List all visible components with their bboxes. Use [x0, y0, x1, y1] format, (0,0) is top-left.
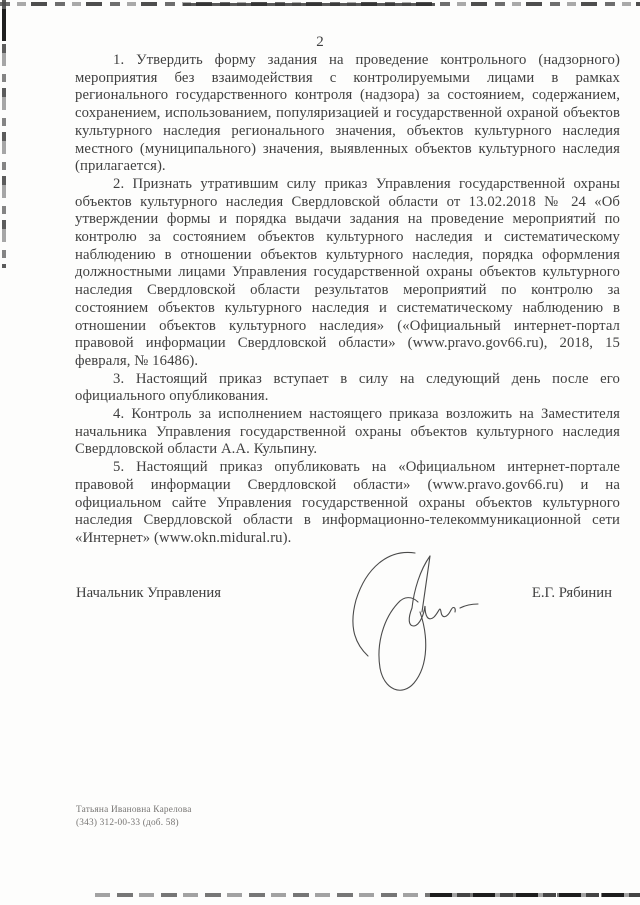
order-item-3: 3. Настоящий приказ вступает в силу на с…: [75, 371, 620, 406]
order-item-2: 2. Признать утратившим силу приказ Управ…: [75, 176, 620, 371]
executor-phone: (343) 312-00-33 (доб. 58): [76, 817, 192, 830]
scan-artifact-bottom-edge-dark: [430, 893, 640, 897]
order-item-5: 5. Настоящий приказ опубликовать на «Офи…: [75, 459, 620, 548]
order-item-4: 4. Контроль за исполнением настоящего пр…: [75, 406, 620, 459]
signature-block: Начальник Управления Е.Г. Рябинин: [76, 585, 612, 602]
scan-artifact-top-edge-dark: [183, 3, 435, 6]
executor-contact-block: Татьяна Ивановна Карелова (343) 312-00-3…: [76, 804, 192, 829]
page-number: 2: [290, 34, 350, 51]
scan-artifact-left-edge-dark: [2, 9, 6, 41]
executor-name: Татьяна Ивановна Карелова: [76, 804, 192, 817]
scanned-document-page: 2 1. Утвердить форму задания на проведен…: [0, 0, 640, 905]
handwritten-signature-ink: [348, 540, 488, 700]
order-body-text: 1. Утвердить форму задания на проведение…: [75, 52, 620, 548]
signatory-role: Начальник Управления: [76, 585, 221, 602]
order-item-1: 1. Утвердить форму задания на проведение…: [75, 52, 620, 176]
signatory-name: Е.Г. Рябинин: [532, 585, 612, 602]
